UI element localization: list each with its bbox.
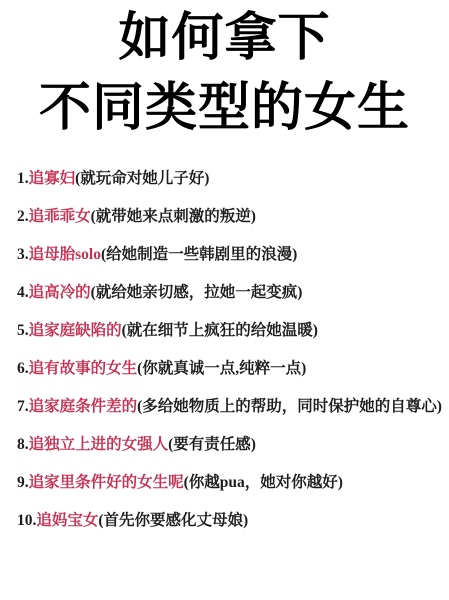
type-list: 1.追寡妇(就玩命对她儿子好) 2.追乖乖女(就带她来点刺激的叛逆) 3.追母胎… <box>0 170 449 529</box>
item-number: 7. <box>17 398 29 415</box>
list-item: 9.追家里条件好的女生呢(你越pua，她对你越好) <box>17 474 443 491</box>
item-note: (就带她来点刺激的叛逆) <box>91 208 256 225</box>
item-highlight: 追母胎solo <box>29 246 101 263</box>
item-number: 4. <box>17 284 29 301</box>
item-note: (要有责任感) <box>168 436 256 453</box>
list-item: 6.追有故事的女生(你就真诚一点,纯粹一点) <box>17 360 443 377</box>
item-number: 2. <box>17 208 29 225</box>
item-highlight: 追高冷的 <box>29 284 91 301</box>
list-item: 1.追寡妇(就玩命对她儿子好) <box>17 170 443 187</box>
item-note: (就在细节上疯狂的给她温暖) <box>122 322 318 339</box>
list-item: 4.追高冷的(就给她亲切感，拉她一起变疯) <box>17 284 443 301</box>
item-highlight: 追独立上进的女强人 <box>29 436 169 453</box>
item-number: 5. <box>17 322 29 339</box>
page-title: 如何拿下 不同类型的女生 <box>0 0 449 144</box>
item-highlight: 追妈宝女 <box>36 512 98 529</box>
list-item: 8.追独立上进的女强人(要有责任感) <box>17 436 443 453</box>
page-container: 如何拿下 不同类型的女生 1.追寡妇(就玩命对她儿子好) 2.追乖乖女(就带她来… <box>0 0 449 600</box>
list-item: 10.追妈宝女(首先你要感化丈母娘) <box>17 512 443 529</box>
item-number: 8. <box>17 436 29 453</box>
item-note: (就给她亲切感，拉她一起变疯) <box>91 284 303 301</box>
item-note: (多给她物质上的帮助，同时保护她的自尊心) <box>137 398 442 415</box>
item-highlight: 追家庭缺陷的 <box>29 322 122 339</box>
item-number: 3. <box>17 246 29 263</box>
item-highlight: 追寡妇 <box>29 170 76 187</box>
list-item: 7.追家庭条件差的(多给她物质上的帮助，同时保护她的自尊心) <box>17 398 443 415</box>
item-note: (首先你要感化丈母娘) <box>98 512 248 529</box>
list-item: 5.追家庭缺陷的(就在细节上疯狂的给她温暖) <box>17 322 443 339</box>
item-note: (你就真诚一点,纯粹一点) <box>137 360 306 377</box>
list-item: 3.追母胎solo(给她制造一些韩剧里的浪漫) <box>17 246 443 263</box>
item-number: 9. <box>17 474 29 491</box>
item-highlight: 追有故事的女生 <box>29 360 138 377</box>
title-line-2: 不同类型的女生 <box>0 74 449 144</box>
item-note: (就玩命对她儿子好) <box>75 170 209 187</box>
item-number: 1. <box>17 170 29 187</box>
list-item: 2.追乖乖女(就带她来点刺激的叛逆) <box>17 208 443 225</box>
item-highlight: 追乖乖女 <box>29 208 91 225</box>
item-note: (你越pua，她对你越好) <box>184 474 343 491</box>
item-number: 10. <box>17 512 36 529</box>
item-note: (给她制造一些韩剧里的浪漫) <box>101 246 297 263</box>
item-highlight: 追家里条件好的女生呢 <box>29 474 184 491</box>
title-line-1: 如何拿下 <box>0 4 449 74</box>
item-number: 6. <box>17 360 29 377</box>
item-highlight: 追家庭条件差的 <box>29 398 138 415</box>
